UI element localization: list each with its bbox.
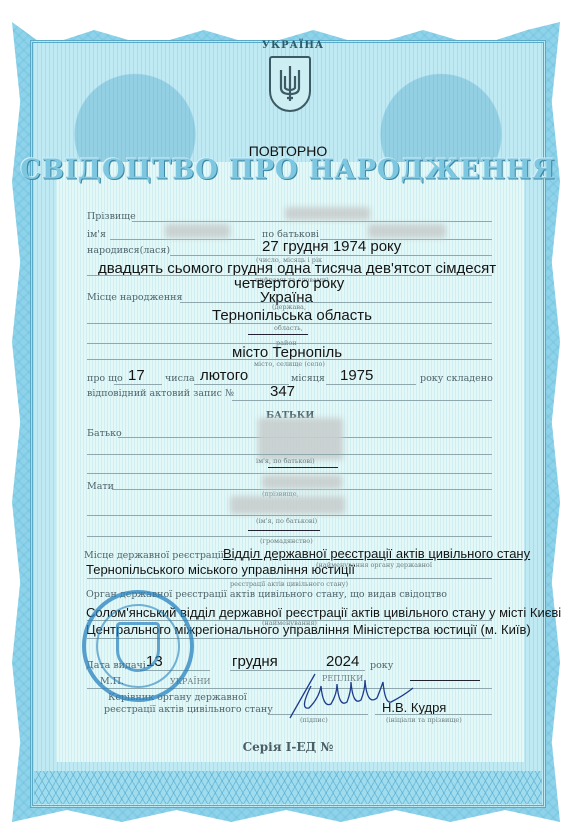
- father-citizenship-dash: [268, 467, 338, 468]
- issue-trailing-line: [410, 680, 480, 681]
- mother-name-hint: (ім'я, по батькові): [256, 517, 317, 525]
- signatory-label-2: реєстрації актів цивільного стану: [104, 704, 273, 715]
- act-record-line: [232, 400, 492, 401]
- father-label: Батько: [87, 428, 122, 439]
- birthplace-city-hint: місто, селище (село): [254, 360, 325, 368]
- record-year-label: року складено: [420, 373, 493, 384]
- mother-citizenship-hint: (громадянство): [260, 537, 313, 545]
- record-month-label: місяця: [291, 373, 325, 384]
- mother-name-redacted: [230, 496, 345, 514]
- name-line: [110, 239, 255, 240]
- bottom-ornament-band: [34, 771, 542, 804]
- mother-name-line: [87, 515, 492, 516]
- registration-value-1: Відділ державної реєстрації актів цивіль…: [223, 546, 530, 561]
- record-year-value: 1975: [340, 367, 373, 384]
- surname-line: [132, 221, 492, 222]
- issue-month-value: грудня: [232, 653, 278, 670]
- mother-surname-line: [112, 489, 492, 490]
- registration-value-2: Тернопільського міського управління юсти…: [86, 562, 355, 577]
- record-day-label: числа: [165, 373, 195, 384]
- handwritten-signature: [285, 668, 415, 720]
- mother-citizenship-dash: [248, 530, 320, 531]
- trident-icon: [275, 64, 305, 104]
- father-citizenship-line: [87, 473, 492, 474]
- mother-label: Мати: [87, 481, 114, 492]
- father-name-line: [87, 454, 492, 455]
- birthplace-label: Місце народження: [87, 292, 183, 303]
- surname-label: Прізвище: [87, 211, 136, 222]
- registration-line: [87, 578, 492, 579]
- birthplace-region-hint: область,: [274, 324, 303, 332]
- name-label: ім'я: [87, 229, 106, 240]
- official-seal-stamp: [82, 590, 194, 702]
- record-month-value: лютого: [200, 367, 248, 384]
- patronymic-redacted: [368, 224, 446, 238]
- series-number: Серія І-ЕД №: [0, 740, 576, 754]
- trident-emblem-icon: [269, 56, 311, 112]
- birthplace-region-value: Тернопільська область: [212, 307, 372, 324]
- surname-redacted: [285, 207, 370, 220]
- born-label: народився(лася): [87, 245, 170, 256]
- act-record-label: відповідний актовий запис №: [87, 388, 234, 399]
- record-year-line: [326, 384, 416, 385]
- father-name-hint: ім'я, по батькові): [256, 457, 315, 465]
- registration-hint-2: реєстрації актів цивільного стану): [230, 580, 348, 588]
- registration-label: Місце державної реєстрації: [84, 550, 224, 561]
- born-line: [170, 255, 492, 256]
- seal-emblem-icon: [116, 622, 160, 672]
- record-prefix-label: про що: [87, 373, 123, 384]
- mother-surname-redacted: [262, 475, 342, 489]
- act-record-number: 347: [270, 383, 295, 400]
- certificate-title: СВІДОЦТВО ПРО НАРОДЖЕННЯ: [0, 154, 576, 186]
- record-day-value: 17: [128, 367, 145, 384]
- birthplace-country-line: [180, 302, 492, 303]
- country-label: УКРАЇНА: [258, 40, 328, 51]
- district-dash: [248, 334, 308, 335]
- name-redacted: [165, 224, 230, 238]
- record-day-line: [114, 384, 162, 385]
- born-date-value: 27 грудня 1974 року: [262, 238, 401, 255]
